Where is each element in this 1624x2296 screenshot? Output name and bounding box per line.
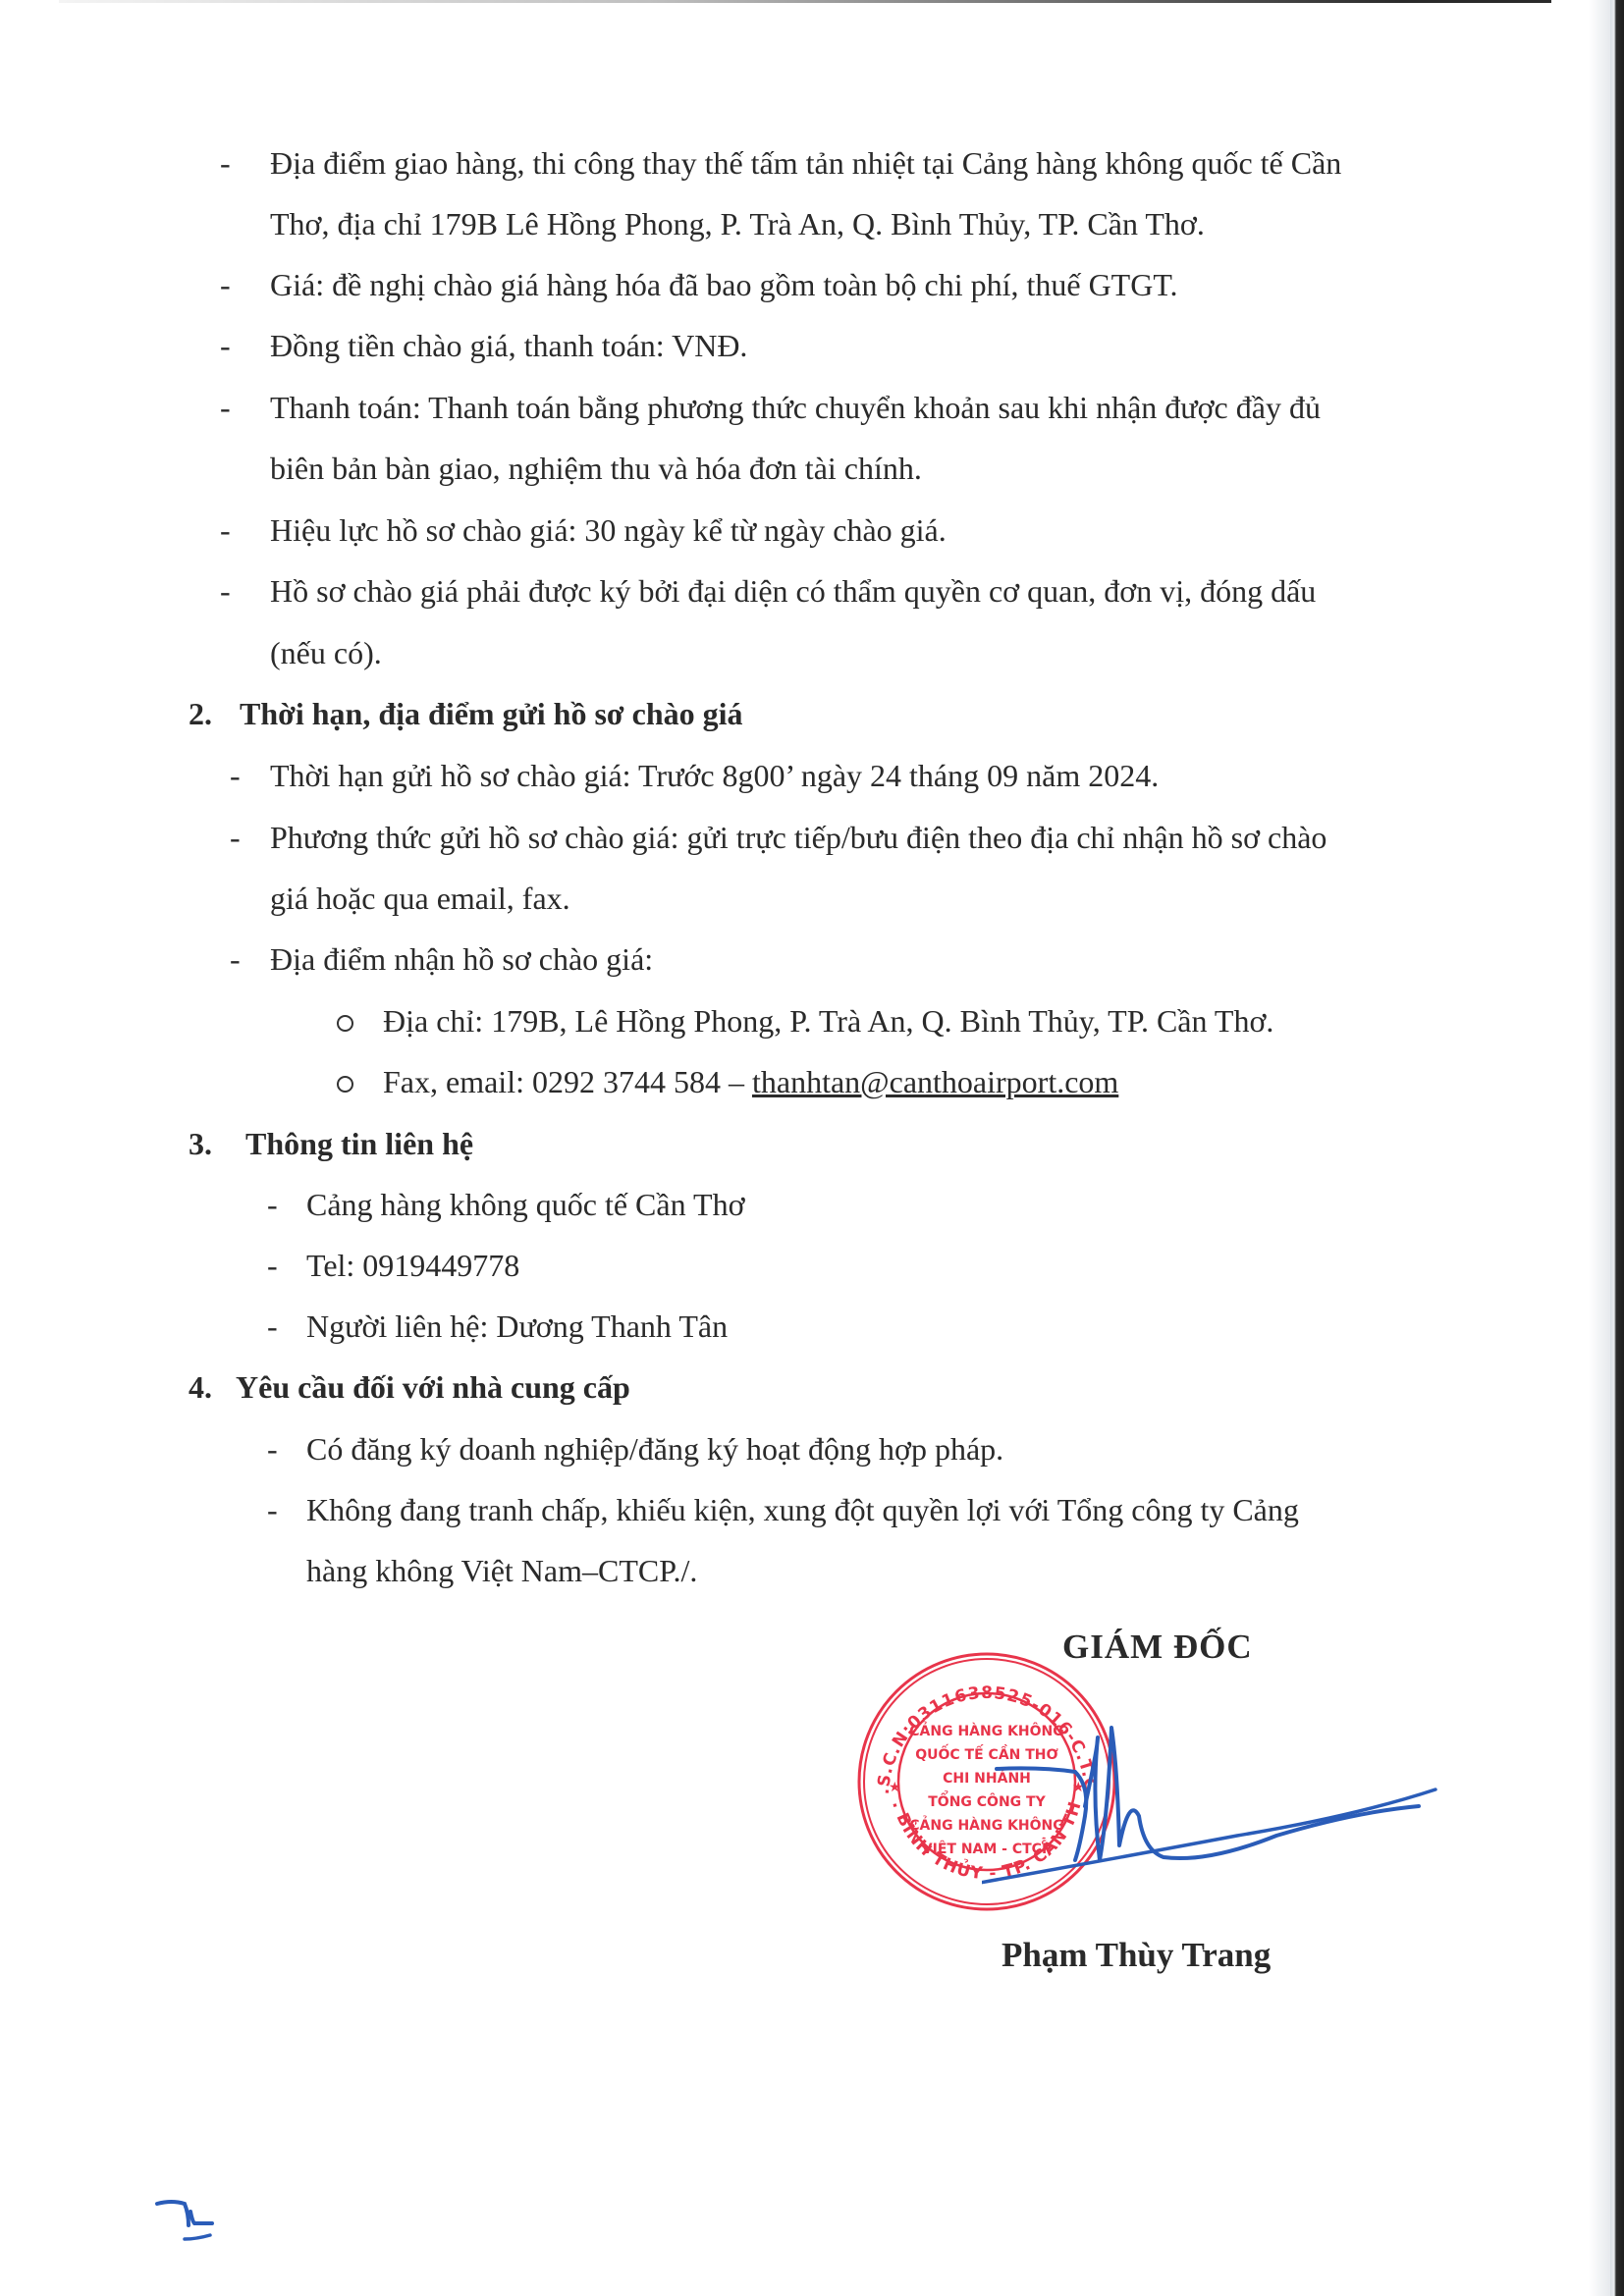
bullet-marker: - xyxy=(220,510,231,550)
bullet-marker: - xyxy=(267,1429,278,1468)
bullet-text: biên bản bàn giao, nghiệm thu và hóa đơn… xyxy=(270,449,922,488)
bullet-marker: - xyxy=(220,326,231,365)
bullet-marker: - xyxy=(220,571,231,611)
section-number: 2. xyxy=(189,694,212,733)
address-text: Địa chỉ: 179B, Lê Hồng Phong, P. Trà An,… xyxy=(383,1001,1273,1041)
section-title: Thông tin liên hệ xyxy=(245,1124,473,1163)
bullet-marker: - xyxy=(267,1185,278,1224)
bullet-marker: - xyxy=(220,265,231,304)
bullet-text: Có đăng ký doanh nghiệp/đăng ký hoạt độn… xyxy=(306,1429,1003,1468)
bullet-text: Hiệu lực hồ sơ chào giá: 30 ngày kể từ n… xyxy=(270,510,947,550)
bullet-text: Tel: 0919449778 xyxy=(306,1246,519,1285)
bullet-text: Thời hạn gửi hồ sơ chào giá: Trước 8g00’… xyxy=(270,756,1159,795)
bullet-text: Đồng tiền chào giá, thanh toán: VNĐ. xyxy=(270,326,747,365)
signer-name: Phạm Thùy Trang xyxy=(1001,1936,1271,1975)
bullet-text: giá hoặc qua email, fax. xyxy=(270,879,570,918)
bullet-marker: - xyxy=(230,756,241,795)
bullet-marker: - xyxy=(267,1490,278,1529)
fax-email-prefix: Fax, email: 0292 3744 584 – xyxy=(383,1064,752,1099)
bullet-text: Địa điểm giao hàng, thi công thay thế tấ… xyxy=(270,143,1341,183)
circle-bullet-icon xyxy=(337,1015,353,1032)
bullet-marker: - xyxy=(220,143,231,183)
section-number: 4. xyxy=(189,1367,212,1407)
bullet-text: Không đang tranh chấp, khiếu kiện, xung … xyxy=(306,1490,1299,1529)
bullet-text: Người liên hệ: Dương Thanh Tân xyxy=(306,1307,728,1346)
bullet-text: Địa điểm nhận hồ sơ chào giá: xyxy=(270,939,653,979)
bullet-text: hàng không Việt Nam–CTCP./. xyxy=(306,1551,697,1590)
bullet-text: Cảng hàng không quốc tế Cần Thơ xyxy=(306,1185,744,1224)
signature-icon xyxy=(982,1688,1443,1914)
bullet-marker: - xyxy=(267,1246,278,1285)
bullet-text: Hồ sơ chào giá phải được ký bởi đại diện… xyxy=(270,571,1316,611)
bullet-text: Thơ, địa chỉ 179B Lê Hồng Phong, P. Trà … xyxy=(270,204,1205,243)
section-title: Thời hạn, địa điểm gửi hồ sơ chào giá xyxy=(240,694,743,733)
bullet-text: (nếu có). xyxy=(270,633,382,672)
bullet-marker: - xyxy=(230,818,241,857)
bullet-text: Phương thức gửi hồ sơ chào giá: gửi trực… xyxy=(270,818,1326,857)
bullet-marker: - xyxy=(230,939,241,979)
circle-bullet-icon xyxy=(337,1076,353,1093)
fax-email-line: Fax, email: 0292 3744 584 – thanhtan@can… xyxy=(383,1062,1118,1101)
svg-text:★: ★ xyxy=(889,1781,901,1795)
bullet-marker: - xyxy=(220,388,231,427)
section-title: Yêu cầu đối với nhà cung cấp xyxy=(236,1367,630,1407)
scan-shadow-right xyxy=(1589,0,1610,2296)
scan-edge-top xyxy=(59,0,1551,3)
initials-mark-icon xyxy=(147,2194,226,2253)
scan-edge-right xyxy=(1610,0,1624,2296)
bullet-marker: - xyxy=(267,1307,278,1346)
bullet-text: Giá: đề nghị chào giá hàng hóa đã bao gồ… xyxy=(270,265,1178,304)
email-link[interactable]: thanhtan@canthoairport.com xyxy=(752,1064,1118,1099)
bullet-text: Thanh toán: Thanh toán bằng phương thức … xyxy=(270,388,1321,427)
section-number: 3. xyxy=(189,1124,212,1163)
